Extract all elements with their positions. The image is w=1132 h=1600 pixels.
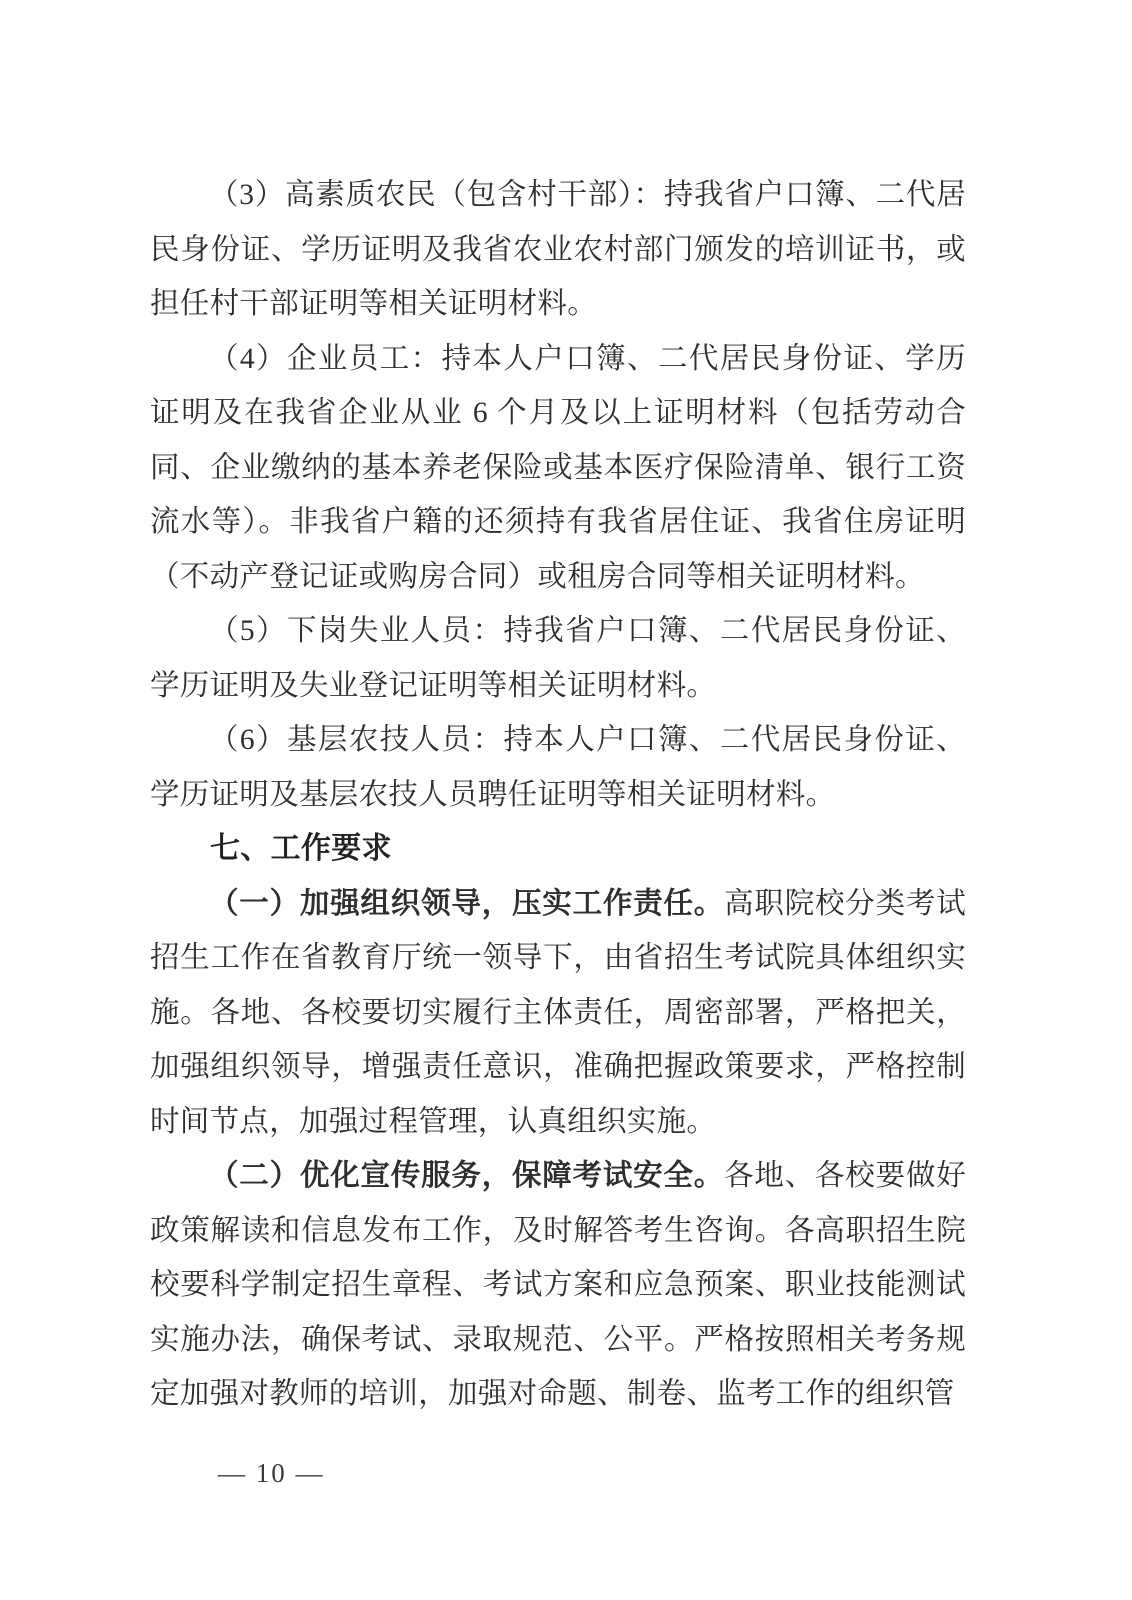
paragraph-item-two: （二）优化宣传服务，保障考试安全。各地、各校要做好政策解读和信息发布工作，及时解…: [150, 1149, 966, 1422]
paragraph-lead-two: （二）优化宣传服务，保障考试安全。: [209, 1160, 724, 1192]
section-heading-work-requirements: 七、工作要求: [150, 822, 966, 877]
paragraph-item-6: （6）基层农技人员：持本人户口簿、二代居民身份证、学历证明及基层农技人员聘任证明…: [150, 713, 966, 822]
document-body: （3）高素质农民（包含村干部）：持我省户口簿、二代居民身份证、学历证明及我省农业…: [150, 168, 966, 1422]
document-page: （3）高素质农民（包含村干部）：持我省户口簿、二代居民身份证、学历证明及我省农业…: [0, 0, 1132, 1600]
paragraph-item-one: （一）加强组织领导，压实工作责任。高职院校分类考试招生工作在省教育厅统一领导下，…: [150, 877, 966, 1150]
page-footer: — 10 —: [218, 1455, 325, 1491]
paragraph-item-5: （5）下岗失业人员：持我省户口簿、二代居民身份证、学历证明及失业登记证明等相关证…: [150, 604, 966, 713]
paragraph-body-one: 高职院校分类考试招生工作在省教育厅统一领导下，由省招生考试院具体组织实施。各地、…: [150, 888, 966, 1138]
paragraph-item-3: （3）高素质农民（包含村干部）：持我省户口簿、二代居民身份证、学历证明及我省农业…: [150, 168, 966, 332]
paragraph-item-4: （4）企业员工：持本人户口簿、二代居民身份证、学历证明及在我省企业从业 6 个月…: [150, 332, 966, 605]
paragraph-body-two: 各地、各校要做好政策解读和信息发布工作，及时解答考生咨询。各高职招生院校要科学制…: [150, 1160, 966, 1410]
page-number: — 10 —: [218, 1458, 325, 1488]
paragraph-lead-one: （一）加强组织领导，压实工作责任。: [209, 888, 724, 920]
